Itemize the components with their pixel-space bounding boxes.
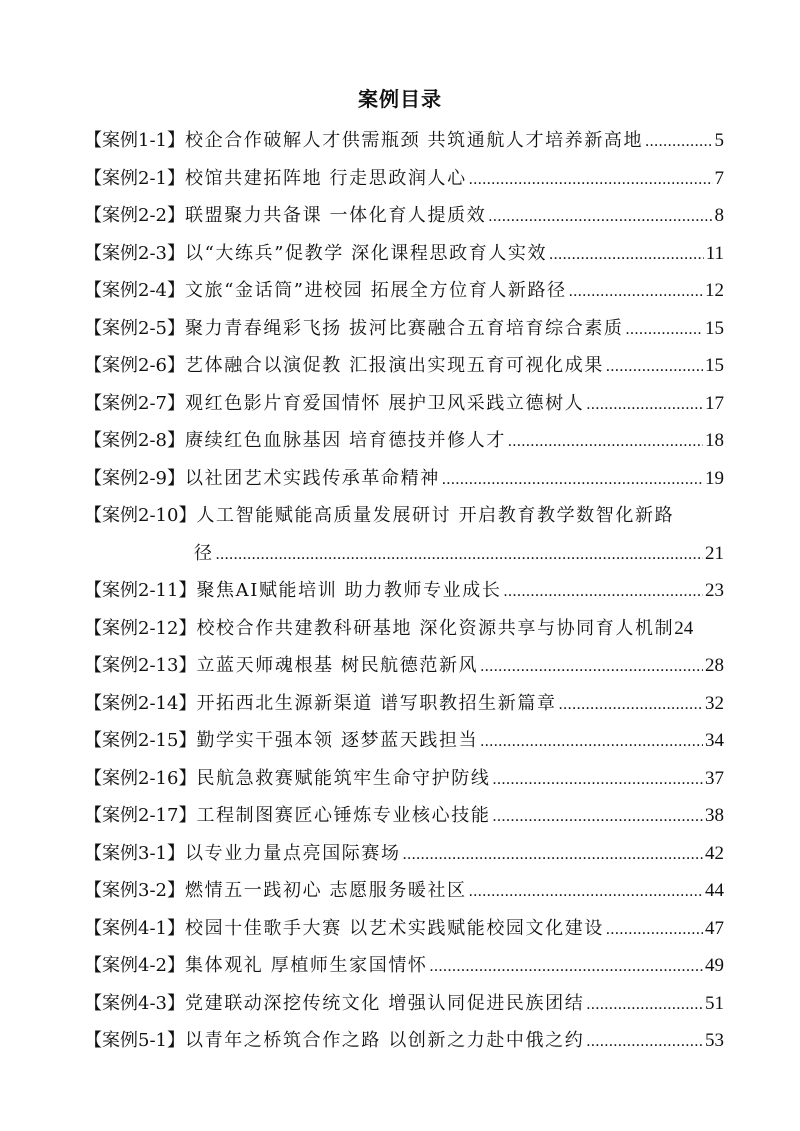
case-title: 集体观礼 厚植师生家国情怀: [185, 947, 428, 985]
case-label: 【案例2-3】: [84, 235, 185, 273]
toc-entry-4-3[interactable]: 【案例4-3】 党建联动深挖传统文化 增强认同促进民族团结 51: [84, 985, 724, 1023]
case-label: 【案例1-1】: [84, 122, 185, 160]
case-title: 校园十佳歌手大赛 以艺术实践赋能校园文化建设: [185, 910, 604, 948]
table-of-contents: 【案例1-1】 校企合作破解人才供需瓶颈 共筑通航人才培养新高地 5 【案例2-…: [84, 122, 724, 1060]
case-label: 【案例2-15】: [84, 722, 196, 760]
toc-entry-2-1[interactable]: 【案例2-1】 校馆共建拓阵地 行走思政润人心 7: [84, 160, 724, 198]
case-title: 立蓝天师魂根基 树民航德范新风: [196, 647, 478, 685]
case-label: 【案例4-1】: [84, 910, 185, 948]
case-label: 【案例2-4】: [84, 272, 185, 310]
dot-leader: [586, 386, 703, 424]
case-title: 开拓西北生源新渠道 谱写职教招生新篇章: [196, 685, 556, 723]
case-title: 校企合作破解人才供需瓶颈 共筑通航人才培养新高地: [185, 122, 643, 160]
page-title: 案例目录: [0, 86, 800, 112]
case-label: 【案例2-13】: [84, 647, 196, 685]
case-label: 【案例2-5】: [84, 310, 185, 348]
dot-leader: [480, 723, 703, 761]
case-label: 【案例5-1】: [84, 1022, 185, 1060]
toc-entry-2-14[interactable]: 【案例2-14】 开拓西北生源新渠道 谱写职教招生新篇章 32: [84, 685, 724, 723]
dot-leader: [403, 836, 703, 874]
case-title: 燃情五一践初心 志愿服务暖社区: [185, 872, 467, 910]
page-number: 23: [705, 572, 724, 610]
case-label: 【案例2-6】: [84, 347, 185, 385]
toc-entry-3-2[interactable]: 【案例3-2】 燃情五一践初心 志愿服务暖社区 44: [84, 872, 724, 910]
case-label: 【案例2-1】: [84, 160, 185, 198]
case-title: 聚力青春绳彩飞扬 拔河比赛融合五育培育综合素质: [185, 310, 624, 348]
toc-entry-2-10-continuation[interactable]: 径 21: [84, 535, 724, 573]
toc-entry-2-17[interactable]: 【案例2-17】 工程制图赛匠心锤炼专业核心技能 38: [84, 797, 724, 835]
dot-leader: [469, 873, 703, 911]
dot-leader: [606, 911, 703, 949]
toc-entry-2-8[interactable]: 【案例2-8】 赓续红色血脉基因 培育德技并修人才 18: [84, 422, 724, 460]
case-title: 工程制图赛匠心锤炼专业核心技能: [196, 797, 490, 835]
dot-leader: [492, 798, 703, 836]
page-number: 38: [705, 797, 724, 835]
toc-entry-3-1[interactable]: 【案例3-1】 以专业力量点亮国际赛场 42: [84, 835, 724, 873]
case-title-continuation: 径: [194, 535, 214, 573]
toc-entry-5-1[interactable]: 【案例5-1】 以青年之桥筑合作之路 以创新之力赴中俄之约 53: [84, 1022, 724, 1060]
page-number: 28: [705, 647, 724, 685]
case-label: 【案例2-16】: [84, 760, 196, 798]
page-number: 21: [705, 535, 724, 573]
case-title: 观红色影片育爱国情怀 展护卫风采践立德树人: [185, 385, 584, 423]
page-number: 34: [705, 722, 724, 760]
toc-entry-2-12[interactable]: 【案例2-12】 校校合作共建教科研基地 深化资源共享与协同育人机制 24: [84, 610, 724, 648]
page-number: 5: [715, 122, 725, 160]
page-number: 11: [706, 235, 724, 273]
case-label: 【案例2-11】: [84, 572, 196, 610]
toc-entry-2-10[interactable]: 【案例2-10】 人工智能赋能高质量发展研讨 开启教育教学数智化新路: [84, 497, 724, 535]
case-title: 校馆共建拓阵地 行走思政润人心: [185, 160, 467, 198]
page-number: 51: [705, 985, 724, 1023]
dot-leader: [492, 761, 703, 799]
case-title: 以青年之桥筑合作之路 以创新之力赴中俄之约: [185, 1022, 584, 1060]
dot-leader: [559, 686, 703, 724]
dot-leader: [606, 348, 703, 386]
toc-entry-2-3[interactable]: 【案例2-3】 以“大练兵”促教学 深化课程思政育人实效 11: [84, 235, 724, 273]
dot-leader: [626, 311, 703, 349]
case-title: 人工智能赋能高质量发展研讨 开启教育教学数智化新路: [196, 497, 674, 535]
case-title: 校校合作共建教科研基地 深化资源共享与协同育人机制: [196, 610, 674, 648]
page-number: 37: [705, 760, 724, 798]
page-number: 44: [705, 872, 724, 910]
toc-entry-2-7[interactable]: 【案例2-7】 观红色影片育爱国情怀 展护卫风采践立德树人 17: [84, 385, 724, 423]
page-number: 24: [674, 610, 693, 648]
case-label: 【案例3-2】: [84, 872, 185, 910]
case-title: 艺体融合以演促教 汇报演出实现五育可视化成果: [185, 347, 604, 385]
case-label: 【案例2-8】: [84, 422, 185, 460]
case-title: 聚焦AI赋能培训 助力教师专业成长: [196, 572, 501, 610]
page-number: 8: [715, 197, 725, 235]
page-number: 7: [715, 160, 725, 198]
page-number: 12: [705, 272, 724, 310]
toc-entry-2-15[interactable]: 【案例2-15】 勤学实干强本领 逐梦蓝天践担当 34: [84, 722, 724, 760]
dot-leader: [503, 573, 703, 611]
case-title: 以社团艺术实践传承革命精神: [185, 460, 440, 498]
case-label: 【案例2-12】: [84, 610, 196, 648]
case-label: 【案例2-7】: [84, 385, 185, 423]
case-label: 【案例2-17】: [84, 797, 196, 835]
page-number: 42: [705, 835, 724, 873]
case-label: 【案例2-9】: [84, 460, 185, 498]
toc-entry-2-6[interactable]: 【案例2-6】 艺体融合以演促教 汇报演出实现五育可视化成果 15: [84, 347, 724, 385]
toc-entry-4-2[interactable]: 【案例4-2】 集体观礼 厚植师生家国情怀 49: [84, 947, 724, 985]
dot-leader: [569, 273, 703, 311]
toc-entry-2-9[interactable]: 【案例2-9】 以社团艺术实践传承革命精神 19: [84, 460, 724, 498]
case-title: 民航急救赛赋能筑牢生命守护防线: [196, 760, 490, 798]
case-title: 以专业力量点亮国际赛场: [185, 835, 401, 873]
case-title: 勤学实干强本领 逐梦蓝天践担当: [196, 722, 478, 760]
dot-leader: [488, 198, 712, 236]
case-label: 【案例2-2】: [84, 197, 185, 235]
page-number: 15: [705, 310, 724, 348]
toc-entry-2-11[interactable]: 【案例2-11】 聚焦AI赋能培训 助力教师专业成长 23: [84, 572, 724, 610]
dot-leader: [480, 648, 703, 686]
dot-leader: [430, 948, 703, 986]
page-number: 47: [705, 910, 724, 948]
toc-entry-4-1[interactable]: 【案例4-1】 校园十佳歌手大赛 以艺术实践赋能校园文化建设 47: [84, 910, 724, 948]
page-number: 15: [705, 347, 724, 385]
page-number: 17: [705, 385, 724, 423]
dot-leader: [586, 986, 703, 1024]
case-title: 赓续红色血脉基因 培育德技并修人才: [185, 422, 506, 460]
dot-leader: [549, 236, 704, 274]
page-number: 18: [705, 422, 724, 460]
dot-leader: [508, 423, 703, 461]
page-number: 53: [705, 1022, 724, 1060]
toc-entry-1-1[interactable]: 【案例1-1】 校企合作破解人才供需瓶颈 共筑通航人才培养新高地 5: [84, 122, 724, 160]
dot-leader: [442, 461, 703, 499]
case-title: 联盟聚力共备课 一体化育人提质效: [185, 197, 486, 235]
dot-leader: [586, 1023, 703, 1061]
page-number: 49: [705, 947, 724, 985]
toc-entry-2-16[interactable]: 【案例2-16】 民航急救赛赋能筑牢生命守护防线 37: [84, 760, 724, 798]
dot-leader: [216, 536, 703, 574]
dot-leader: [645, 123, 712, 161]
case-label: 【案例4-2】: [84, 947, 185, 985]
case-label: 【案例2-10】: [84, 497, 196, 535]
page-number: 19: [705, 460, 724, 498]
case-label: 【案例2-14】: [84, 685, 196, 723]
case-title: 文旅“金话筒”进校园 拓展全方位育人新路径: [185, 272, 567, 310]
case-title: 党建联动深挖传统文化 增强认同促进民族团结: [185, 985, 584, 1023]
case-title: 以“大练兵”促教学 深化课程思政育人实效: [185, 235, 547, 273]
toc-entry-2-2[interactable]: 【案例2-2】 联盟聚力共备课 一体化育人提质效 8: [84, 197, 724, 235]
toc-entry-2-4[interactable]: 【案例2-4】 文旅“金话筒”进校园 拓展全方位育人新路径 12: [84, 272, 724, 310]
case-label: 【案例3-1】: [84, 835, 185, 873]
toc-entry-2-13[interactable]: 【案例2-13】 立蓝天师魂根基 树民航德范新风 28: [84, 647, 724, 685]
case-label: 【案例4-3】: [84, 985, 185, 1023]
page-number: 32: [705, 685, 724, 723]
dot-leader: [469, 161, 713, 199]
toc-entry-2-5[interactable]: 【案例2-5】 聚力青春绳彩飞扬 拔河比赛融合五育培育综合素质 15: [84, 310, 724, 348]
